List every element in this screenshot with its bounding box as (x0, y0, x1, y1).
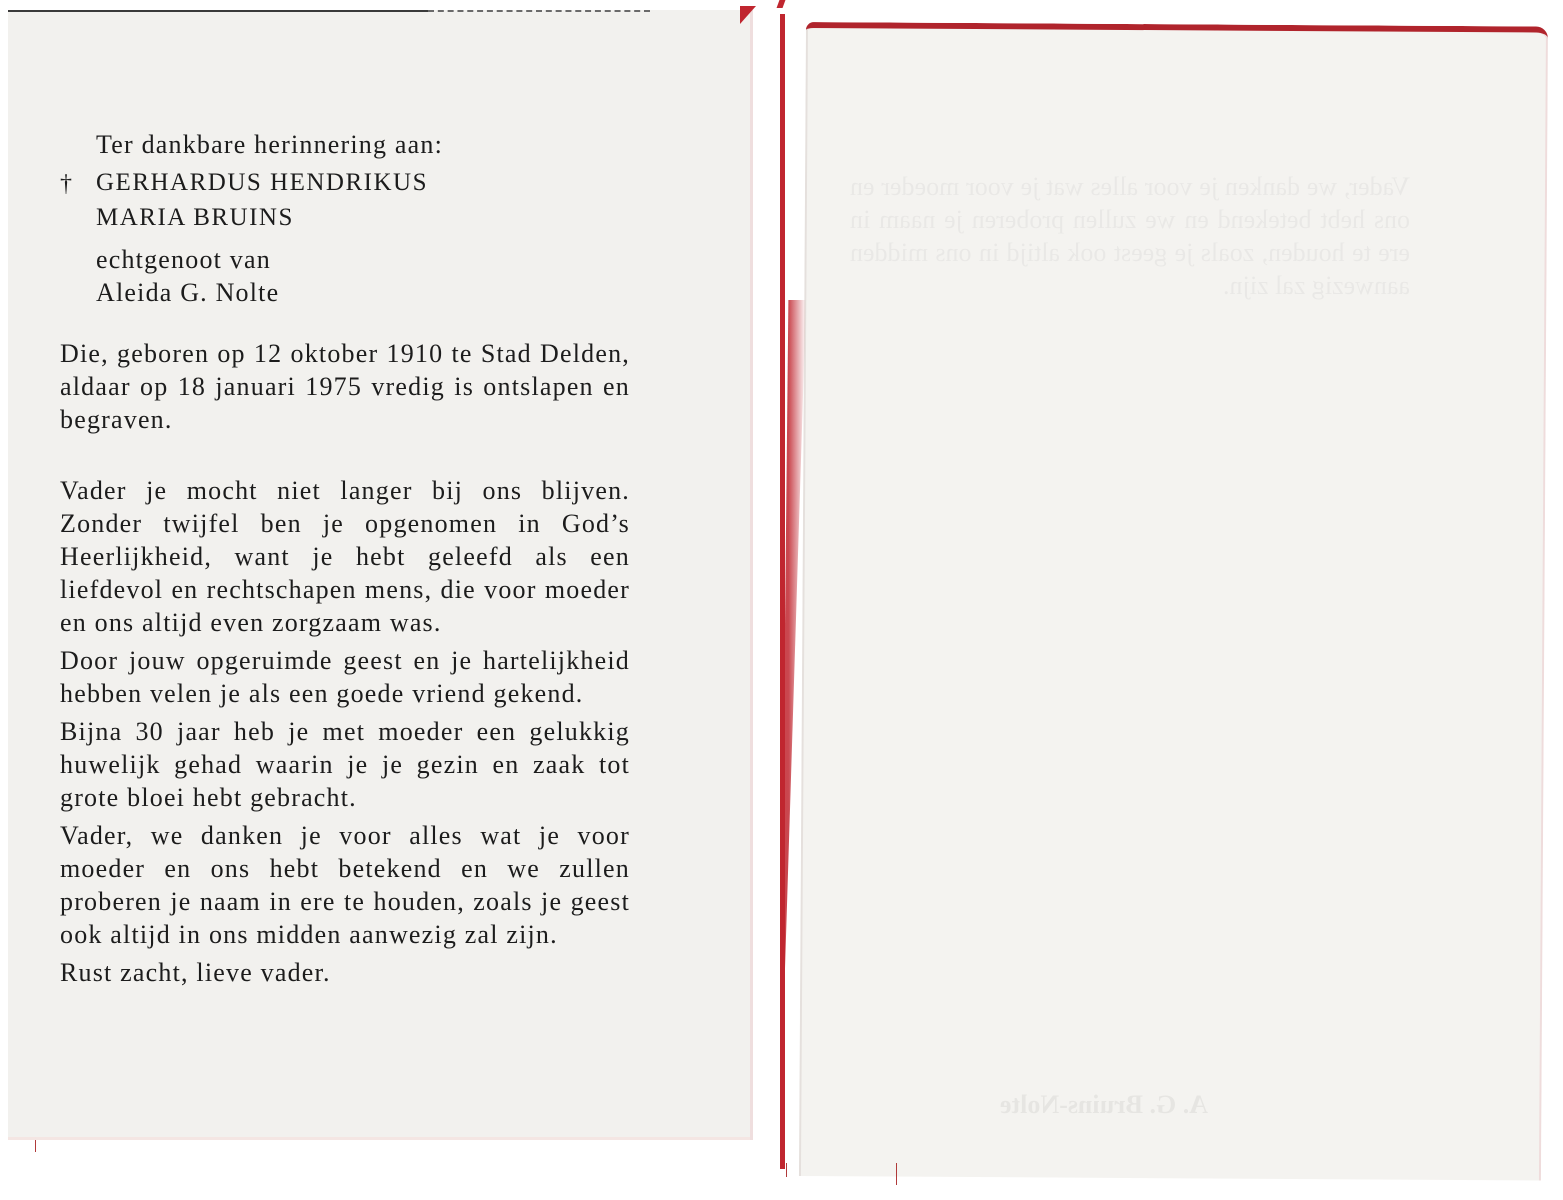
bleed-through-signature: A. G. Bruins-Nolte (1000, 1090, 1208, 1120)
name-line-1: GERHARDUS HENDRIKUS (96, 165, 630, 200)
crop-mark (786, 1163, 787, 1177)
spouse-block: echtgenoot van Aleida G. Nolte (96, 243, 630, 309)
name-line-2: MARIA BRUINS (96, 200, 630, 235)
top-edge-rule-dashed (428, 10, 650, 12)
birth-death-paragraph: Die, geboren op 12 oktober 1910 te Stad … (60, 337, 630, 436)
paragraph-friendship: Door jouw opgeruimde geest en je harteli… (60, 644, 630, 710)
bleed-through-text: Vader, we danken je voor alles wat je vo… (850, 170, 1410, 302)
paragraph-thanks: Vader, we danken je voor alles wat je vo… (60, 819, 630, 951)
red-spine (780, 14, 785, 1169)
memorial-text: Ter dankbare herinnering aan: † GERHARDU… (60, 128, 630, 989)
top-edge-rule (8, 10, 428, 12)
spouse-name: Aleida G. Nolte (96, 276, 630, 309)
paragraph-marriage: Bijna 30 jaar heb je met moeder een gelu… (60, 715, 630, 814)
cross-icon: † (60, 167, 74, 202)
deceased-name: † GERHARDUS HENDRIKUS MARIA BRUINS (96, 165, 630, 235)
red-spine-top (777, 0, 786, 8)
intro-line: Ter dankbare herinnering aan: (96, 128, 630, 161)
paragraph-farewell: Vader je mocht niet langer bij ons blijv… (60, 474, 630, 639)
spouse-label: echtgenoot van (96, 243, 630, 276)
crop-mark (35, 1140, 36, 1152)
paragraph-rest: Rust zacht, lieve vader. (60, 956, 630, 989)
crop-mark (896, 1163, 897, 1185)
